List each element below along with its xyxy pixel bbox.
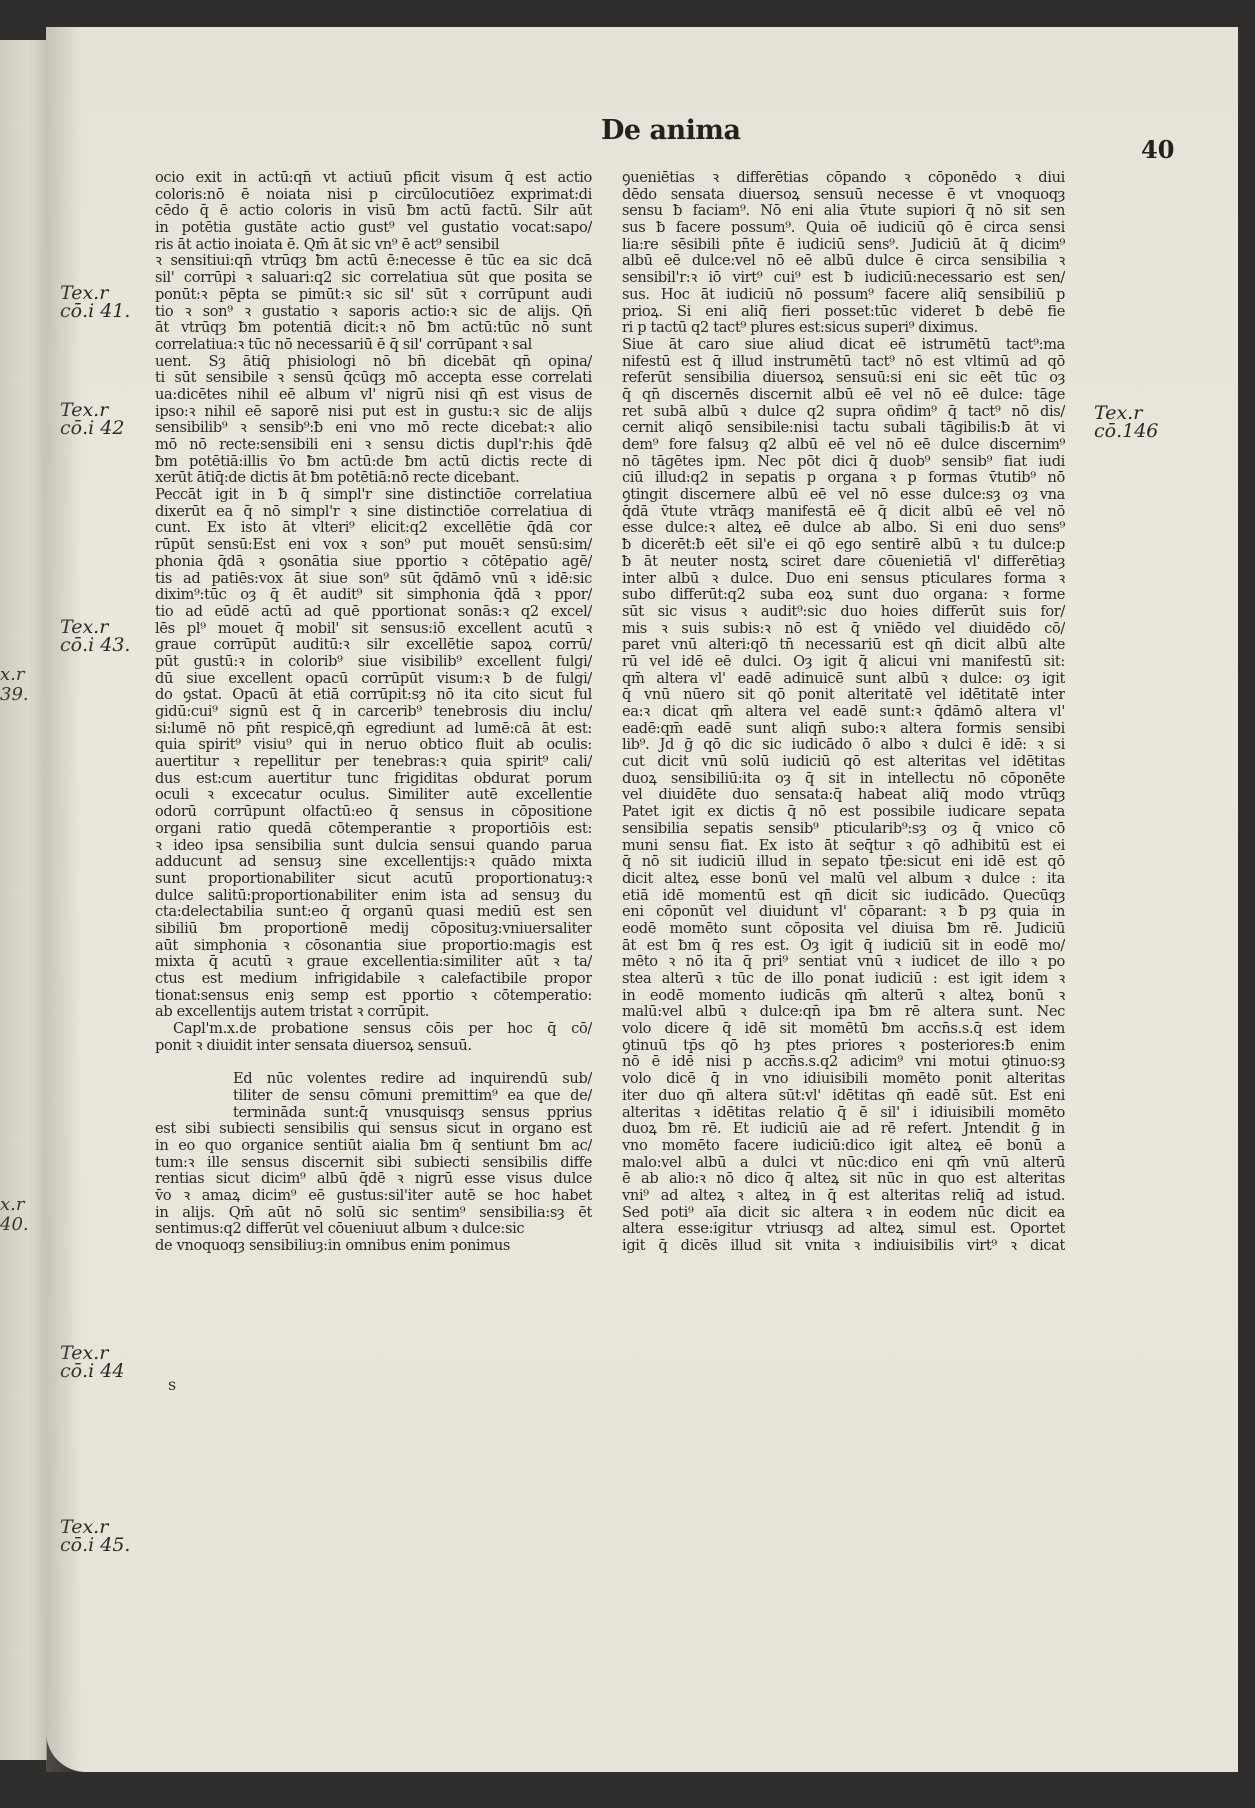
text-line: sensibilib⁹ ꝛ sensib⁹:ƀ eni vno mō recte… (155, 420, 592, 437)
text-line: dulce salitū:proportionabiliter enim ist… (155, 888, 592, 905)
facing-note-line: 40. (0, 1215, 29, 1235)
text-line: lēs pl⁹ mouet q̄ mobil' sit sensus:iō ex… (155, 621, 592, 638)
text-line: dem⁹ fore falsuȝ q2 albū eē vel nō eē du… (622, 437, 1065, 454)
text-line: in potētia gustāte actio gust⁹ vel gusta… (155, 220, 592, 237)
text-line: tio ꝛ son⁹ ꝛ gustatio ꝛ saporis actio:ꝛ … (155, 304, 592, 321)
facing-note-line: x.r (0, 1195, 29, 1215)
text-line: sus ƀ facere possum⁹. Quia oē iudiciū qō… (622, 220, 1065, 237)
left-text-column: ocio exit in actū:qn̄ vt actiuū pficit v… (155, 170, 592, 1255)
text-line: ris āt actio inoiata ē. Qm̄ āt sic vn⁹ ē… (155, 237, 592, 254)
text-line: sus. Hoc āt iudiciū nō possum⁹ facere al… (622, 287, 1065, 304)
text-line: quia spirit⁹ visiu⁹ qui in neruo obtico … (155, 737, 592, 754)
text-line: ē ab alio:ꝛ nō dico q̄ alteꝝ sit nūc in … (622, 1171, 1065, 1188)
text-line: v̄o ꝛ amaꝝ dicim⁹ eē gustus:sil'iter aut… (155, 1188, 592, 1205)
text-line: dēdo sensata diuersoꝝ sensuū necesse ē v… (622, 187, 1065, 204)
text-line: sūt sic visus ꝛ audit⁹:sic duo hoies dif… (622, 604, 1065, 621)
text-line: vno momēto facere iudiciū:dico igit alte… (622, 1138, 1065, 1155)
text-line: subo differūt:q2 suba eoꝝ sunt duo organ… (622, 587, 1065, 604)
text-line: q̄ vnū nūero sit qō ponit alteritatē vel… (622, 687, 1065, 704)
margin-note-line: cō.i 45. (60, 1536, 130, 1554)
margin-note-line: cō.i 44 (60, 1362, 124, 1380)
margin-note-text-141: Tex.r cō.i 41. (60, 284, 130, 320)
text-line: esse dulce:ꝛ alteꝝ eē dulce ab albo. Si … (622, 520, 1065, 537)
text-line: etiā idē momentū est qn̄ dicit sic iudic… (622, 888, 1065, 905)
text-line: āt est ƀm q̄ res est. Oȝ igit q̄ iudiciū… (622, 938, 1065, 955)
text-line: ocio exit in actū:qn̄ vt actiuū pficit v… (155, 170, 592, 187)
text-line: ƀm potētiā:illis v̄o ƀm actū:de ƀm actū … (155, 454, 592, 471)
text-line: in eodē momento iudicās qm̄ alterū ꝛ alt… (622, 988, 1065, 1005)
text-line: eadē:qm̄ eadē sunt aliqn̄ subo:ꝛ altera … (622, 721, 1065, 738)
text-line: mixta q̄ acutū ꝛ graue excellentia:simil… (155, 954, 592, 971)
text-line: inter albū ꝛ dulce. Duo eni sensus pticu… (622, 571, 1065, 588)
text-line: cta:delectabilia sunt:eo q̄ organū quasi… (155, 904, 592, 921)
text-line: altera esse:igitur vtriusqȝ ad alteꝝ sim… (622, 1221, 1065, 1238)
text-line: Patet igit ex dictis q̄ nō est possibile… (622, 804, 1065, 821)
facing-note-line: x.r (0, 665, 29, 685)
text-line: nifestū est q̄ illud instrumētū tact⁹ nō… (622, 354, 1065, 371)
margin-note-text-145: Tex.r cō.i 45. (60, 1518, 130, 1554)
text-line: dicit alteꝝ esse bonū vel malū vel album… (622, 871, 1065, 888)
margin-note-line: cō.i 43. (60, 636, 130, 654)
margin-note-line: cō.i 41. (60, 302, 130, 320)
right-text-column: ꝯueniētias ꝛ differētias cōpando ꝛ cōpon… (622, 170, 1065, 1255)
text-line: igit q̄ dicēs illud sit vnita ꝛ indiuisi… (622, 1238, 1065, 1255)
text-line: sensibil'r:ꝛ iō virt⁹ cui⁹ est ƀ iudiciū… (622, 270, 1065, 287)
text-line: Sed poti⁹ aīa dicit sic altera ꝛ in eode… (622, 1205, 1065, 1222)
text-line: sensu ƀ faciam⁹. Nō eni alia v̄tute supi… (622, 203, 1065, 220)
text-line: in eo quo organice sentiūt aialia ƀm q̄ … (155, 1138, 592, 1155)
text-line: correlatiua:ꝛ tūc nō necessariū ē q̄ sil… (155, 337, 592, 354)
text-line: prioꝝ. Si eni aliq̄ fieri posset:tūc vid… (622, 304, 1065, 321)
margin-note-line: cō.146 (1094, 422, 1158, 440)
text-line: ƀ dicerēt:ƀ eēt sil'e ei qō ego sentirē … (622, 537, 1065, 554)
text-line: mis ꝛ suis subis:ꝛ nō est q̄ vniēdo vel … (622, 621, 1065, 638)
text-line: ea:ꝛ dicat qm̄ altera vel eadē sunt:ꝛ q̄… (622, 704, 1065, 721)
page-number: 40 (1141, 135, 1174, 164)
text-line: cunt. Ex isto āt vlteri⁹ elicit:q2 excel… (155, 520, 592, 537)
text-line: in alijs. Qm̄ aūt nō solū sic sentim⁹ se… (155, 1205, 592, 1222)
text-line: volo dicere q̄ idē sit momētū ƀm accn̄s.… (622, 1021, 1065, 1038)
text-line: graue corrūpūt auditū:ꝛ silr excellētie … (155, 637, 592, 654)
text-line: ꝯtingit discernere albū eē vel nō esse d… (622, 487, 1065, 504)
text-line: sunt proportionabiliter sicut acutū prop… (155, 871, 592, 888)
text-line: muni sensu fiat. Ex isto āt seq̄tur ꝛ qō… (622, 838, 1065, 855)
text-line: stea alterū ꝛ tūc de illo ponat iudiciū … (622, 971, 1065, 988)
facing-note-line: 39. (0, 685, 29, 705)
text-line: qm̄ altera vl' eadē adinuicē sunt albū ꝛ… (622, 671, 1065, 688)
text-line: malū:vel albū ꝛ dulce:qn̄ ipa ƀm rē alte… (622, 1004, 1065, 1021)
text-line: do ꝯstat. Opacū āt etiā corrūpit:sȝ nō i… (155, 687, 592, 704)
text-line: ƀ āt neuter nostꝝ sciret dare cōuenietiā… (622, 554, 1065, 571)
text-line: ctus est medium infrigidabile ꝛ calefact… (155, 971, 592, 988)
text-line: alteritas ꝛ idētitas relatio q̄ ē sil' i… (622, 1105, 1065, 1122)
running-head: De anima (601, 115, 740, 146)
text-line: sentimus:q2 differūt vel cōueniuut album… (155, 1221, 592, 1238)
text-line: adducunt ad sensuȝ sine excellentijs:ꝛ q… (155, 854, 592, 871)
text-line: paret vnū alteri:qō tn̄ necessariū est q… (622, 637, 1065, 654)
margin-note-text-143: Tex.r cō.i 43. (60, 618, 130, 654)
text-line: lib⁹. Jd ḡ qō dic sic iudicādo ō albo ꝛ … (622, 737, 1065, 754)
text-line: Ed nūc volentes redire ad inquirendū sub… (155, 1071, 592, 1088)
text-line: si:lumē nō pn̄t respicē,qn̄ egrediunt ad… (155, 721, 592, 738)
margin-note-text-146: Tex.r cō.146 (1094, 404, 1158, 440)
text-line: sibiliū ƀm proportionē medij cōposituȝ:v… (155, 921, 592, 938)
text-line: phonia q̄dā ꝛ ꝯsonātia siue pportio ꝛ cō… (155, 554, 592, 571)
text-line: termināda sunt:q̄ vnusquisqȝ sensus ppri… (155, 1105, 592, 1122)
text-line: cēdo q̄ ē actio coloris in visū ƀm actū … (155, 203, 592, 220)
text-line: rū vel idē eē dulci. Oȝ igit q̄ alicui v… (622, 654, 1065, 671)
text-line: ꝛ sensitiui:qn̄ vtrūqȝ ƀm actū ē:necesse… (155, 253, 592, 270)
text-line: ꝛ ideo ipsa sensibilia sunt dulcia sensu… (155, 838, 592, 855)
text-line: malo:vel albū a dulci vt nūc:dico eni qm… (622, 1155, 1065, 1172)
text-line: eni cōponūt vel diuidunt vl' cōparant: ꝛ… (622, 904, 1065, 921)
text-line: est sibi subiecti sensibilis qui sensus … (155, 1121, 592, 1138)
text-line: pūt gustū:ꝛ in colorib⁹ siue visibilib⁹ … (155, 654, 592, 671)
text-line: ret subā albū ꝛ dulce q2 supra oñdim⁹ q̄… (622, 404, 1065, 421)
text-line: duoꝝ ƀm rē. Et iudiciū aie ad rē refert.… (622, 1121, 1065, 1138)
margin-note-text-142: Tex.r cō.i 42 (60, 401, 124, 437)
text-line: dixerūt ea q̄ nō simpl'r ꝛ sine distinct… (155, 504, 592, 521)
text-line: ponit ꝛ diuidit inter sensata diuersoꝝ s… (155, 1038, 592, 1055)
text-line: tiliter de sensu cōmuni premittim⁹ ea qu… (155, 1088, 592, 1105)
text-line: q̄dā v̄tute vtrāqȝ manifestā eē q̄ dicit… (622, 504, 1065, 521)
text-line: ri p tactū q2 tact⁹ plures est:sicus sup… (622, 320, 1065, 337)
text-line: q̄ qn̄ discernēs discernit albū eē vel n… (622, 387, 1065, 404)
text-line: lia:re sēsibili pn̄te ē iudiciū sens⁹. J… (622, 237, 1065, 254)
text-line: ponūt:ꝛ pēpta se pimūt:ꝛ sic sil' sūt ꝛ … (155, 287, 592, 304)
margin-note-text-144: Tex.r cō.i 44 (60, 1344, 124, 1380)
text-line: ꝯueniētias ꝛ differētias cōpando ꝛ cōpon… (622, 170, 1065, 187)
text-line: sil' corrūpi ꝛ saluari:q2 sic correlatiu… (155, 270, 592, 287)
text-line: auertitur ꝛ repellitur per tenebras:ꝛ qu… (155, 754, 592, 771)
text-line: de vnoquoqȝ sensibiliuȝ:in omnibus enim … (155, 1238, 592, 1255)
text-line: oculi ꝛ excecatur oculus. Similiter autē… (155, 787, 592, 804)
text-line: eodē momēto sunt cōposita vel diuisa ƀm … (622, 921, 1065, 938)
text-line: Peccāt igit in ƀ q̄ simpl'r sine distinc… (155, 487, 592, 504)
text-line: gidū:cui⁹ signū est q̄ in carcerib⁹ tene… (155, 704, 592, 721)
text-line: iter duo qn̄ altera sūt:vl' idētitas qn̄… (622, 1088, 1065, 1105)
text-line: coloris:nō ē noiata nisi p circūlocutiōe… (155, 187, 592, 204)
text-line: tionat:sensus eniȝ semp est pportio ꝛ cō… (155, 988, 592, 1005)
text-line: uent. Sȝ ātiq̄ phisiologi nō bn̄ dicebāt… (155, 354, 592, 371)
text-line: ti sūt sensibile ꝛ sensū q̄cūqȝ mō accep… (155, 370, 592, 387)
text-line (155, 1054, 592, 1071)
text-line: ua:dicētes nihil eē album vl' nigrū nisi… (155, 387, 592, 404)
text-line: mō nō recte:sensibili eni ꝛ sensu dictis… (155, 437, 592, 454)
margin-note-line: cō.i 42 (60, 419, 124, 437)
text-line: rentias sicut dicim⁹ albū q̄dē ꝛ nigrū e… (155, 1171, 592, 1188)
text-line: organi ratio quedā cōtemperantie ꝛ propo… (155, 821, 592, 838)
text-line: duoꝝ sensibiliū:ita oȝ q̄ sit in intelle… (622, 771, 1065, 788)
facing-page-edge: x.r 39. x.r 40. (0, 40, 47, 1760)
text-line: vni⁹ ad alteꝝ ꝛ alteꝝ in q̄ est alterita… (622, 1188, 1065, 1205)
text-line: referūt sensibilia diuersoꝝ sensuū:si en… (622, 370, 1065, 387)
text-line: cut dicit vnū solū iudiciū qō est alteri… (622, 754, 1065, 771)
text-line: dus est:cum auertitur tunc frigiditas ob… (155, 771, 592, 788)
text-line: Capl'm.x.de probatione sensus cōis per h… (155, 1021, 592, 1038)
text-line: tis ad patiēs:vox āt siue son⁹ sūt q̄dām… (155, 571, 592, 588)
facing-page-margin-note: x.r 39. (0, 665, 29, 705)
text-line: albū eē dulce:vel nō eē albū dulce ē cir… (622, 253, 1065, 270)
text-line: xerūt ātiq̄:de dictis āt ƀm potētiā:nō r… (155, 470, 592, 487)
facing-page-margin-note: x.r 40. (0, 1195, 29, 1235)
text-line: sensibilia sepatis sensib⁹ pticularib⁹:s… (622, 821, 1065, 838)
text-line: mēto ꝛ nō ita q̄ pri⁹ sentiat vnū ꝛ iudi… (622, 954, 1065, 971)
text-line: tum:ꝛ ille sensus discernit sibi subiect… (155, 1155, 592, 1172)
text-line: volo dicē q̄ in vno idiuisibili momēto p… (622, 1071, 1065, 1088)
text-line: ciū illud:q2 in sepatis p organa ꝛ p for… (622, 470, 1065, 487)
text-line: odorū corrūpunt olfactū:eo q̄ sensus in … (155, 804, 592, 821)
text-line: nō ē idē nisi p accn̄s.s.q2 adicim⁹ vni … (622, 1054, 1065, 1071)
initial-guide-letter: s (168, 1375, 176, 1394)
text-line: nō tāgētes ipm. Nec pōt dici q̄ duob⁹ se… (622, 454, 1065, 471)
text-line: Siue āt caro siue aliud dicat eē istrumē… (622, 337, 1065, 354)
text-line: dū siue excellent opacū corrūpūt visum:ꝛ… (155, 671, 592, 688)
text-line: dixim⁹:tūc oȝ q̄ ēt audit⁹ sit simphonia… (155, 587, 592, 604)
text-line: tio ad eūdē actū ad quē pportionat sonās… (155, 604, 592, 621)
text-line: ꝯtinuū tp̄s qō hȝ ptes priores ꝛ posteri… (622, 1038, 1065, 1055)
text-line: cernit aliqō sensibile:nisi tactu subali… (622, 420, 1065, 437)
text-line: aūt simphonia ꝛ cōsonantia siue proporti… (155, 938, 592, 955)
text-line: āt vtrūqȝ ƀm potentiā dicit:ꝛ nō ƀm actū… (155, 320, 592, 337)
text-line: vel diuidēte duo sensata:q̄ habeat aliq̄… (622, 787, 1065, 804)
text-line: rūpūt sensū:Est eni vox ꝛ son⁹ put mouēt… (155, 537, 592, 554)
text-line: ab excellentijs autem tristat ꝛ corrūpit… (155, 1004, 592, 1021)
text-line: q̄ nō sit iudiciū illud in sepato tp̄e:s… (622, 854, 1065, 871)
text-line: ipso:ꝛ nihil eē saporē nisi put est in g… (155, 404, 592, 421)
